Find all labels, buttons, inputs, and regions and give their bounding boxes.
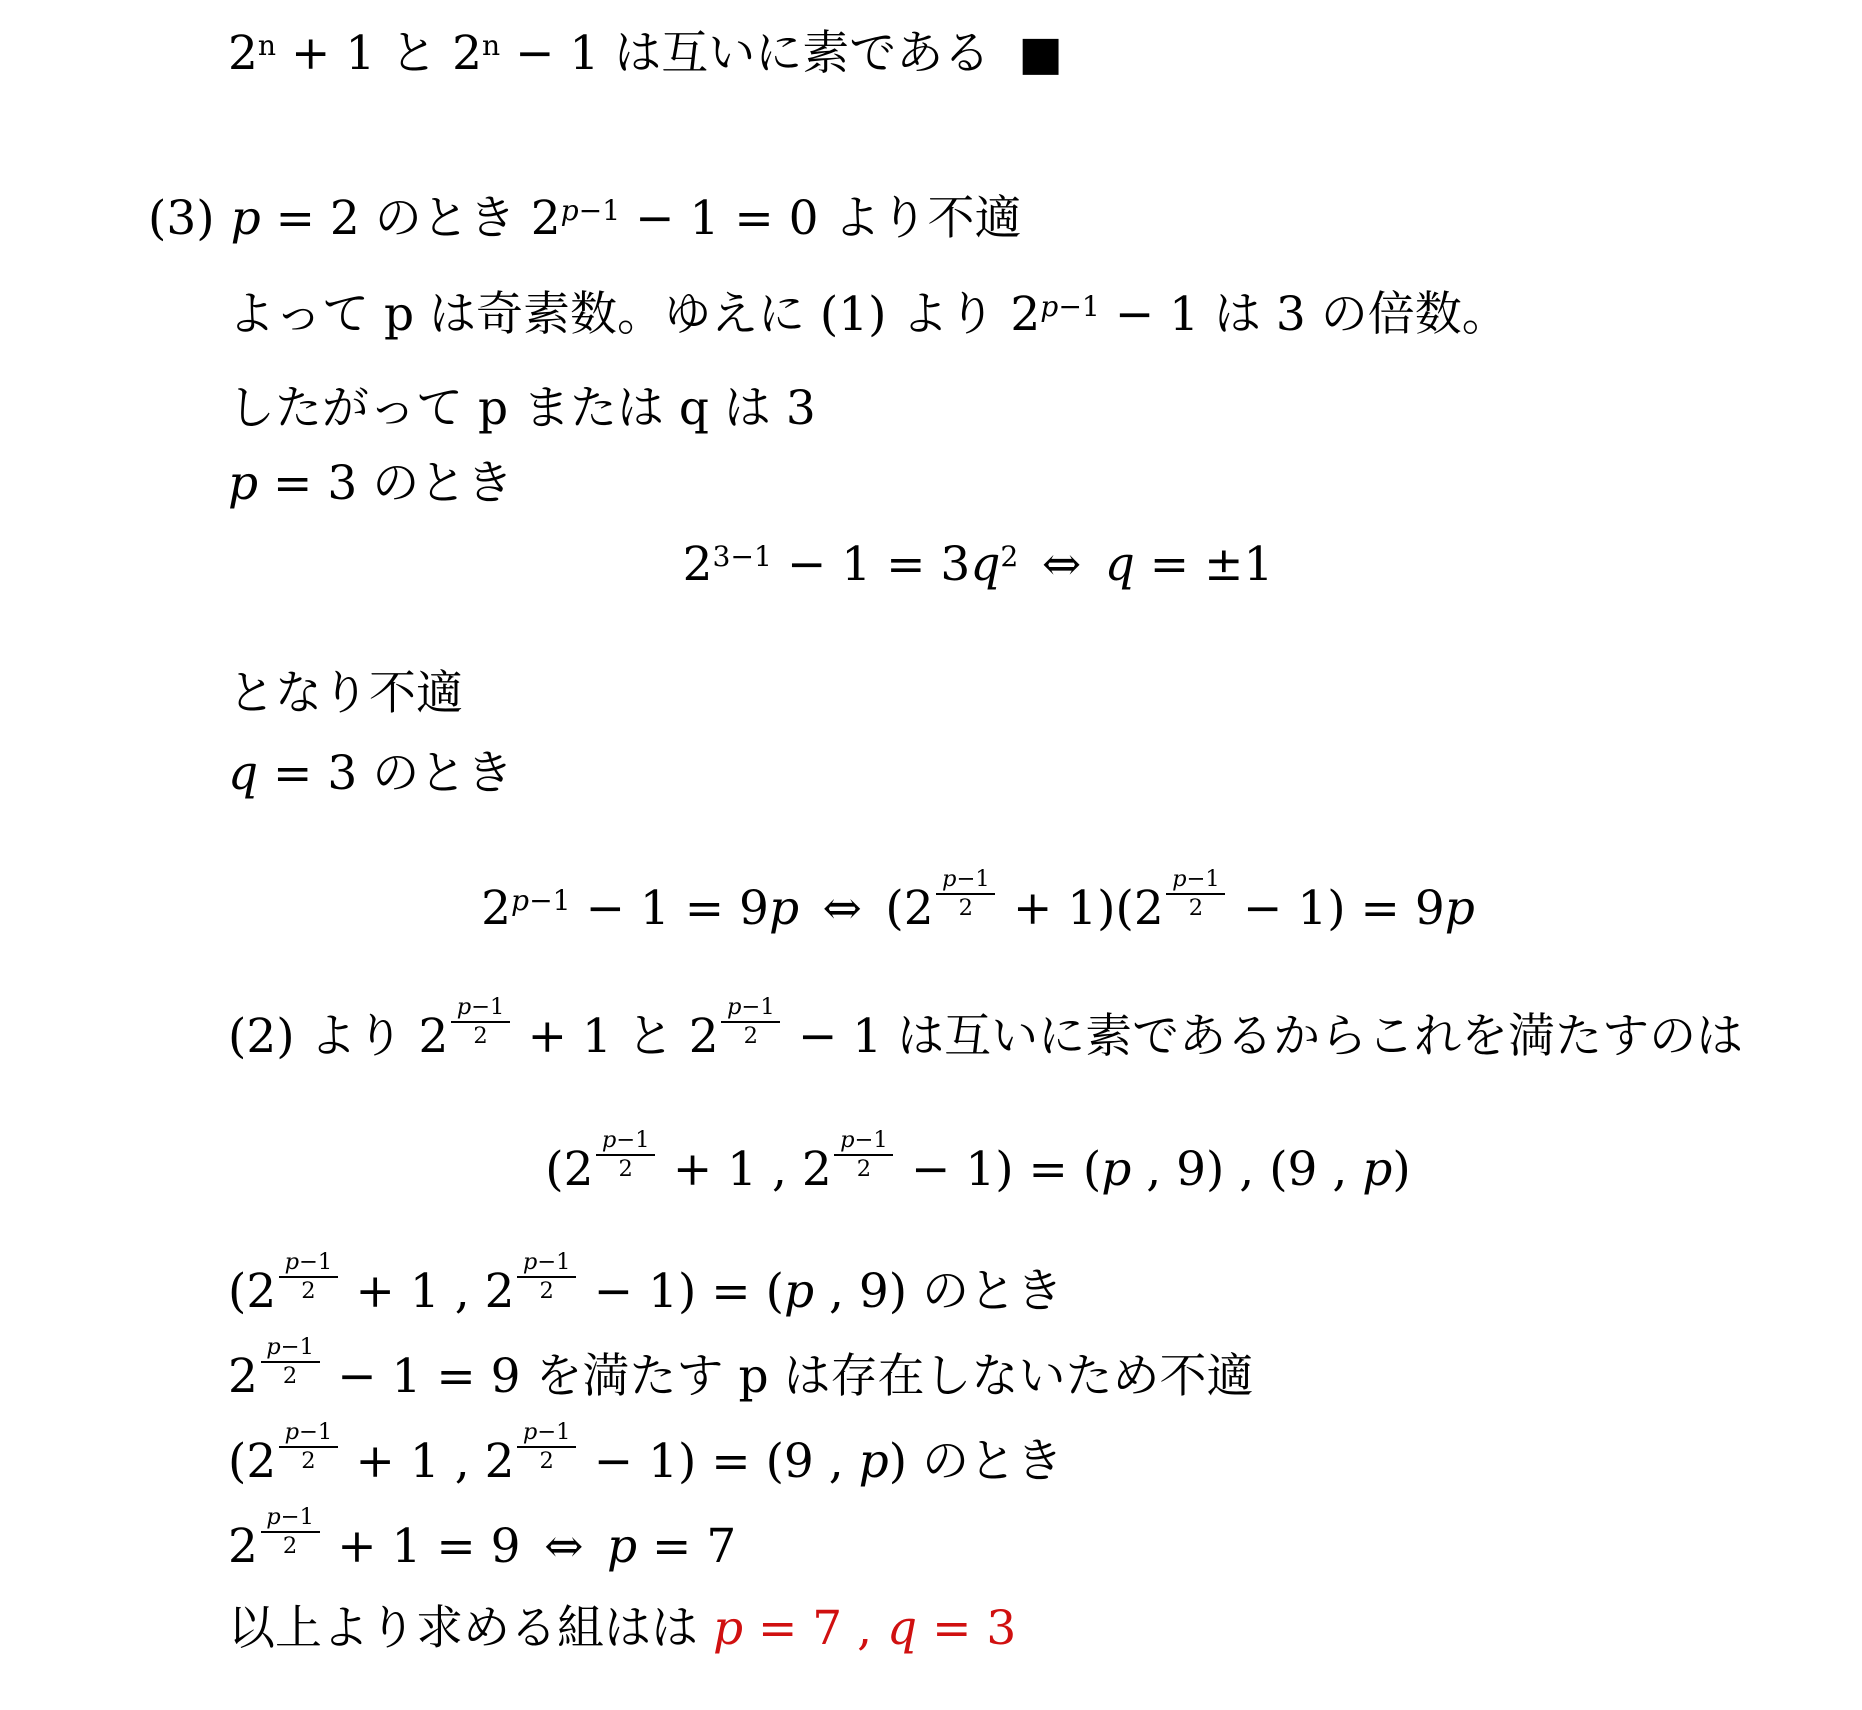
math-text-run: (2 <box>228 1264 276 1319</box>
step3-odd-prime-line: よって p は奇素数。ゆえに (1) より 2p−1 − 1 は 3 の倍数。 <box>228 286 1509 345</box>
frac-denominator: 2 <box>261 1533 320 1559</box>
math-text-run: = 7 <box>637 1519 736 1574</box>
frac-denominator: 2 <box>517 1448 576 1474</box>
math-text-run: − 1 = 0 より不適 <box>620 191 1021 246</box>
answer-red-text: p = 7 , q = 3 <box>713 1601 1016 1656</box>
math-text-run: + 1)(2 <box>998 881 1164 936</box>
frac-denominator: 2 <box>936 895 995 921</box>
math-var-q: q <box>887 1601 917 1656</box>
math-text-run: −1 <box>299 1419 332 1445</box>
frac-numerator: p−1 <box>721 995 780 1023</box>
math-var-p: p <box>769 881 799 936</box>
equation-p3-case: 23−1 − 1 = 3q2 ⇔ q = ±1 <box>228 536 1728 595</box>
text-run: したがって p または q は 3 <box>228 381 816 436</box>
frac-p-minus-1-over-2: p−12 <box>279 1250 338 1303</box>
frac-denominator: 2 <box>279 1448 338 1474</box>
math-text-run: −1 <box>1058 290 1100 323</box>
case-p-9-futeki-line: 2p−12 − 1 = 9 を満たす p は存在しないため不適 <box>228 1335 1253 1407</box>
math-var-p: p <box>602 1127 616 1153</box>
frac-p-minus-1-over-2: p−12 <box>517 1420 576 1473</box>
math-var-p: p <box>457 994 471 1020</box>
math-text-run: = ±1 <box>1135 537 1274 592</box>
frac-numerator: p−1 <box>451 995 510 1023</box>
math-text-run: −1 <box>741 994 774 1020</box>
math-var-p: p <box>859 1434 889 1489</box>
superscript-p-minus-1: p−1 <box>511 884 571 917</box>
equation-pair-candidates: (2p−12 + 1 , 2p−12 − 1) = (p , 9) , (9 ,… <box>228 1128 1728 1200</box>
text-run: となり不適 <box>228 666 463 721</box>
frac-p-minus-1-over-2: p−12 <box>279 1420 338 1473</box>
math-text-run: = 3 <box>917 1601 1016 1656</box>
math-text-run: −1 <box>1187 866 1220 892</box>
math-text-run: ) <box>1392 1142 1410 1197</box>
math-text-run: 2 <box>683 537 713 592</box>
frac-p-minus-1-over-2: p−12 <box>721 995 780 1048</box>
math-var-q: q <box>1105 537 1135 592</box>
step3-p-or-q-is-3-line: したがって p または q は 3 <box>228 380 816 439</box>
tonari-futeki-line: となり不適 <box>228 665 463 724</box>
math-text-run: −1 <box>281 1334 314 1360</box>
frac-p-minus-1-over-2: p−12 <box>1166 867 1225 920</box>
frac-p-minus-1-over-2: p−12 <box>834 1128 893 1181</box>
superscript-n: n <box>258 29 276 62</box>
frac-denominator: 2 <box>261 1363 320 1389</box>
math-var-p: p <box>607 1519 637 1574</box>
math-text-run: = 7 , <box>743 1601 887 1656</box>
item-label-3: (3) <box>148 191 215 246</box>
math-text-run: − 1 = 3 <box>772 537 970 592</box>
math-var-p: p <box>561 194 579 227</box>
frac-denominator: 2 <box>451 1023 510 1049</box>
frac-p-minus-1-over-2: p−12 <box>517 1250 576 1303</box>
frac-denominator: 2 <box>279 1278 338 1304</box>
math-text-run: = 3 のとき <box>258 746 513 801</box>
math-var-p: p <box>511 884 529 917</box>
math-text-run: −1 <box>529 884 571 917</box>
p-equals-7-line: 2p−12 + 1 = 9 ⇔ p = 7 <box>228 1505 736 1577</box>
math-var-p: p <box>1445 881 1475 936</box>
math-var-p: p <box>727 994 741 1020</box>
math-text-run: − 1 = 9 <box>571 881 769 936</box>
math-var-p: p <box>784 1264 814 1319</box>
math-text-run: + 1 = 9 ⇔ <box>322 1519 607 1574</box>
superscript-p-minus-1: p−1 <box>561 194 621 227</box>
math-text-run: −1 <box>579 194 621 227</box>
math-var-p: p <box>285 1419 299 1445</box>
step3-p-equals-2-case: (3)p = 2 のとき 2p−1 − 1 = 0 より不適 <box>148 190 1022 249</box>
math-text-run: = 2 のとき 2 <box>261 191 561 246</box>
math-text-run: 2 <box>481 881 511 936</box>
frac-numerator: p−1 <box>936 867 995 895</box>
frac-p-minus-1-over-2: p−12 <box>261 1335 320 1388</box>
math-text-run: + 1 と 2 <box>276 26 482 81</box>
math-text-run: −1 <box>281 1504 314 1530</box>
frac-denominator: 2 <box>834 1156 893 1182</box>
math-var-p: p <box>713 1601 743 1656</box>
math-text-run: 2 <box>228 1349 258 1404</box>
equation-q3-factored: 2p−1 − 1 = 9p ⇔ (2p−12 + 1)(2p−12 − 1) =… <box>228 867 1728 939</box>
math-text-run: −1 <box>537 1419 570 1445</box>
superscript-squared: 2 <box>1000 540 1018 573</box>
frac-p-minus-1-over-2: p−12 <box>261 1505 320 1558</box>
math-text-run: (2 <box>545 1142 593 1197</box>
text-run: 以上より求める組はは <box>228 1601 713 1656</box>
frac-numerator: p−1 <box>279 1250 338 1278</box>
math-text-run: −1 <box>855 1127 888 1153</box>
math-var-p: p <box>228 456 258 511</box>
math-var-q: q <box>228 746 258 801</box>
frac-numerator: p−1 <box>834 1128 893 1156</box>
statement-coprime-qed: 2n + 1 と 2n − 1 は互いに素である ■ <box>228 25 1063 84</box>
math-var-p: p <box>1172 866 1186 892</box>
case-p-9-line: (2p−12 + 1 , 2p−12 − 1) = (p , 9) のとき <box>228 1250 1063 1322</box>
frac-numerator: p−1 <box>279 1420 338 1448</box>
math-var-p: p <box>285 1249 299 1275</box>
math-var-p: p <box>523 1249 537 1275</box>
math-text-run: −1 <box>299 1249 332 1275</box>
math-var-p: p <box>840 1127 854 1153</box>
math-var-p: p <box>1040 290 1058 323</box>
math-text-run: , 9) , (9 , <box>1131 1142 1362 1197</box>
frac-numerator: p−1 <box>517 1420 576 1448</box>
superscript-3-minus-1: 3−1 <box>713 540 773 573</box>
frac-numerator: p−1 <box>261 1505 320 1533</box>
math-text-run: + 1 , 2 <box>341 1434 515 1489</box>
frac-p-minus-1-over-2: p−12 <box>451 995 510 1048</box>
conclusion-line: 以上より求める組はは p = 7 , q = 3 <box>228 1600 1016 1659</box>
math-text-run: −1 <box>537 1249 570 1275</box>
math-text-run: 2 <box>228 26 258 81</box>
math-text-run: − 1) = 9 <box>1228 881 1445 936</box>
superscript-p-minus-1: p−1 <box>1040 290 1100 323</box>
math-var-p: p <box>266 1504 280 1530</box>
math-var-p: p <box>231 191 261 246</box>
math-proof-document: { "page": { "background": "#ffffff", "te… <box>0 0 1862 1710</box>
math-text-run: 2 <box>228 1519 258 1574</box>
math-var-q: q <box>970 537 1000 592</box>
superscript-n: n <box>482 29 500 62</box>
math-text-run: , 9) のとき <box>814 1264 1063 1319</box>
math-text-run: − 1 は互いに素であるからこれを満たすのは <box>783 1009 1743 1064</box>
coprime-implication-line: (2) より 2p−12 + 1 と 2p−12 − 1 は互いに素であるからこ… <box>228 995 1743 1067</box>
math-text-run: + 1 , 2 <box>341 1264 515 1319</box>
math-text-run: (2) より 2 <box>228 1009 448 1064</box>
frac-p-minus-1-over-2: p−12 <box>936 867 995 920</box>
math-text-run: + 1 と 2 <box>513 1009 719 1064</box>
math-text-run: − 1 は互いに素である <box>500 26 1014 81</box>
math-text-run: − 1) = ( <box>896 1142 1101 1197</box>
math-text-run: = 3 のとき <box>258 456 513 511</box>
p-equals-3-case-line: p = 3 のとき <box>228 455 513 514</box>
frac-numerator: p−1 <box>517 1250 576 1278</box>
frac-numerator: p−1 <box>261 1335 320 1363</box>
math-var-p: p <box>266 1334 280 1360</box>
math-text-run: よって p は奇素数。ゆえに (1) より 2 <box>228 287 1040 342</box>
qed-square-icon: ■ <box>1018 26 1062 81</box>
frac-numerator: p−1 <box>1166 867 1225 895</box>
iff-arrow: ⇔ <box>1018 537 1104 592</box>
math-text-run: −1 <box>616 1127 649 1153</box>
math-text-run: − 1 は 3 の倍数。 <box>1100 287 1509 342</box>
math-text-run: − 1) = (9 , <box>579 1434 859 1489</box>
frac-numerator: p−1 <box>596 1128 655 1156</box>
math-var-p: p <box>1101 1142 1131 1197</box>
math-text-run: − 1 = 9 を満たす p は存在しないため不適 <box>322 1349 1253 1404</box>
math-text-run: −1 <box>956 866 989 892</box>
math-text-run: ⇔ (2 <box>799 881 934 936</box>
math-var-p: p <box>942 866 956 892</box>
q-equals-3-case-line: q = 3 のとき <box>228 745 513 804</box>
frac-p-minus-1-over-2: p−12 <box>596 1128 655 1181</box>
math-text-run: (2 <box>228 1434 276 1489</box>
math-text-run: + 1 , 2 <box>658 1142 832 1197</box>
frac-denominator: 2 <box>1166 895 1225 921</box>
math-text-run: ) のとき <box>889 1434 1063 1489</box>
math-text-run: −1 <box>471 994 504 1020</box>
math-text-run: − 1) = ( <box>579 1264 784 1319</box>
frac-denominator: 2 <box>596 1156 655 1182</box>
frac-denominator: 2 <box>721 1023 780 1049</box>
frac-denominator: 2 <box>517 1278 576 1304</box>
math-var-p: p <box>1362 1142 1392 1197</box>
math-var-p: p <box>523 1419 537 1445</box>
case-9-p-line: (2p−12 + 1 , 2p−12 − 1) = (9 , p) のとき <box>228 1420 1063 1492</box>
